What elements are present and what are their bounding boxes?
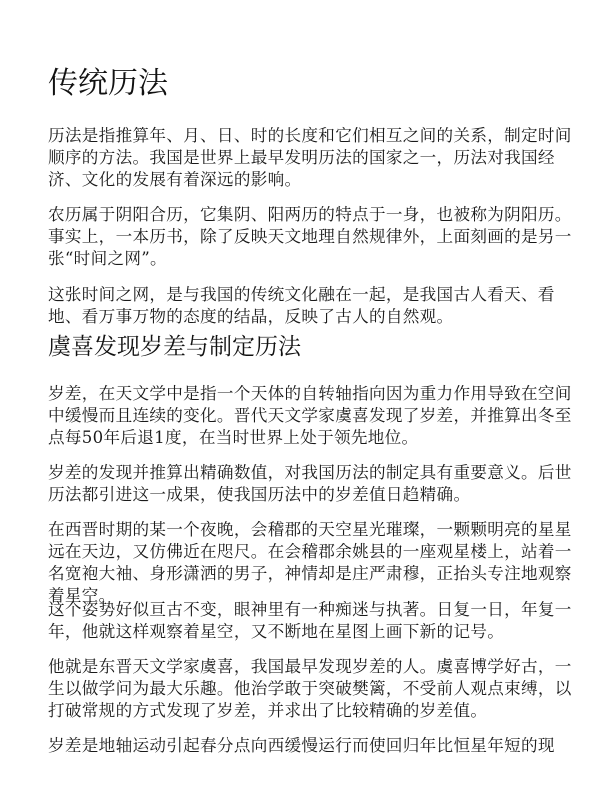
paragraph-precession-cause: 岁差是地轴运动引起春分点向西缓慢运行而使回归年比恒星年短的现 bbox=[48, 735, 553, 757]
paragraph-intro: 历法是指推算年、月、日、时的长度和它们相互之间的关系，制定时间 顺序的方法。我国… bbox=[48, 125, 553, 191]
text-line: 地、看万事万物的态度的结晶，反映了古人的自然观。 bbox=[48, 306, 553, 328]
text-line: 点每50年后退1度，在当时世界上处于领先地位。 bbox=[48, 427, 553, 449]
text-line: 岁差，在天文学中是指一个天体的自转轴指向因为重力作用导致在空间 bbox=[48, 383, 553, 405]
text-line: 远在天边，又仿佛近在咫尺。在会稽郡余姚县的一座观星楼上，站着一 bbox=[48, 541, 553, 563]
text-line: 年，他就这样观察着星空，又不断地在星图上画下新的记号。 bbox=[48, 621, 553, 643]
text-line: 这个姿势好似亘古不变，眼神里有一种痴迷与执著。日复一日，年复一 bbox=[48, 599, 553, 621]
text-line: 他就是东晋天文学家虞喜，我国最早发现岁差的人。虞喜博学好古，一 bbox=[48, 656, 553, 678]
paragraph-observation: 这个姿势好似亘古不变，眼神里有一种痴迷与执著。日复一日，年复一 年，他就这样观察… bbox=[48, 599, 553, 643]
text-line: 农历属于阴阳合历，它集阴、阳两历的特点于一身，也被称为阴阳历。 bbox=[48, 204, 553, 226]
text-line: 历法是指推算年、月、日、时的长度和它们相互之间的关系，制定时间 bbox=[48, 125, 553, 147]
text-line: 生以做学问为最大乐趣。他治学敢于突破樊篱，不受前人观点束缚，以 bbox=[48, 678, 553, 700]
text-line: 张“时间之网”。 bbox=[48, 248, 553, 270]
text-line: 济、文化的发展有着深远的影响。 bbox=[48, 169, 553, 191]
text-line: 岁差的发现并推算出精确数值，对我国历法的制定具有重要意义。后世 bbox=[48, 462, 553, 484]
paragraph-yu-xi: 他就是东晋天文学家虞喜，我国最早发现岁差的人。虞喜博学好古，一 生以做学问为最大… bbox=[48, 656, 553, 722]
text-line: 顺序的方法。我国是世界上最早发明历法的国家之一，历法对我国经 bbox=[48, 147, 553, 169]
text-line: 这张时间之网，是与我国的传统文化融在一起，是我国古人看天、看 bbox=[48, 284, 553, 306]
text-line: 在西晋时期的某一个夜晚，会稽郡的天空星光璀璨，一颗颗明亮的星星 bbox=[48, 519, 553, 541]
paragraph-time-net: 这张时间之网，是与我国的传统文化融在一起，是我国古人看天、看 地、看万事万物的态… bbox=[48, 284, 553, 328]
text-line: 打破常规的方式发现了岁差，并求出了比较精确的岁差值。 bbox=[48, 700, 553, 722]
text-line: 中缓慢而且连续的变化。晋代天文学家虞喜发现了岁差，并推算出冬至 bbox=[48, 405, 553, 427]
text-line: 名宽袍大袖、身形潇洒的男子，神情却是庄严肃穆，正抬头专注地观察 bbox=[48, 563, 553, 585]
paragraph-precession-definition: 岁差，在天文学中是指一个天体的自转轴指向因为重力作用导致在空间 中缓慢而且连续的… bbox=[48, 383, 553, 449]
page-title: 传统历法 bbox=[48, 64, 168, 104]
text-line: 事实上，一本历书，除了反映天文地理自然规律外，上面刻画的是另一 bbox=[48, 226, 553, 248]
text-line: 岁差是地轴运动引起春分点向西缓慢运行而使回归年比恒星年短的现 bbox=[48, 735, 553, 757]
paragraph-lunar-calendar: 农历属于阴阳合历，它集阴、阳两历的特点于一身，也被称为阴阳历。 事实上，一本历书… bbox=[48, 204, 553, 270]
paragraph-precession-significance: 岁差的发现并推算出精确数值，对我国历法的制定具有重要意义。后世 历法都引进这一成… bbox=[48, 462, 553, 506]
section-heading: 虞喜发现岁差与制定历法 bbox=[48, 331, 301, 363]
text-line: 历法都引进这一成果，使我国历法中的岁差值日趋精确。 bbox=[48, 484, 553, 506]
paragraph-night-scene: 在西晋时期的某一个夜晚，会稽郡的天空星光璀璨，一颗颗明亮的星星 远在天边，又仿佛… bbox=[48, 519, 553, 607]
